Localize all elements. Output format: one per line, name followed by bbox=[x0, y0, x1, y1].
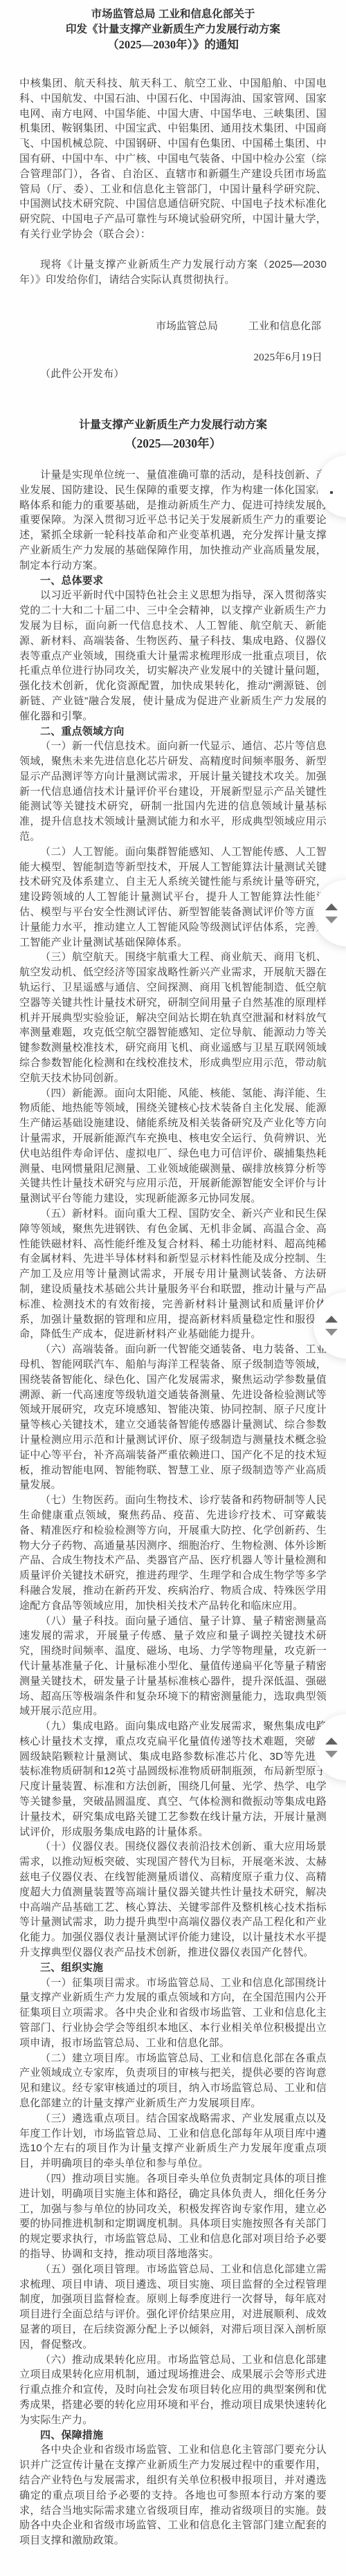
recipients-list: 中核集团、航天科技、航天科工、航空工业、中国船舶、中国电科、中国航发、中国石油、… bbox=[19, 76, 327, 242]
implementation-item-4: （四）推动项目实施。各项目牵头单位负责制定具体的项目推进计划，明确项目实施主体和… bbox=[19, 2171, 327, 2262]
plan-title-line2: （2025—2030年） bbox=[19, 434, 327, 452]
signature-row: 市场监管总局 工业和信息化部 bbox=[19, 319, 327, 334]
signer-samr: 市场监管总局 bbox=[156, 319, 218, 334]
field-item-7: （七）生物医药。面向生物技术、诊疗装备和药物研制等人民生命健康重点领域，聚焦药品… bbox=[19, 1493, 327, 1613]
up-arrow-icon[interactable] bbox=[325, 1316, 338, 1323]
forward-paragraph: 现将《计量支撑产业新质生产力发展行动方案（2025—2030年）》印发给你们，请… bbox=[19, 257, 327, 288]
issue-date: 2025年6月19日 bbox=[19, 351, 327, 366]
public-release-note: （此件公开发布） bbox=[19, 367, 327, 382]
section-1-paragraph: 以习近平新时代中国特色社会主义思想为指导，深入贯彻落实党的二十大和二十届二中、三… bbox=[19, 588, 327, 724]
signer-miit: 工业和信息化部 bbox=[248, 319, 321, 334]
implementation-item-5: （五）强化项目管理。市场监管总局、工业和信息化部建立需求梳理、项目申请、项目遴选… bbox=[19, 2262, 327, 2353]
field-item-5: （五）新材料。面向重大工程、国防安全、新兴产业和民生保障等领域，聚焦先进钢铁、有… bbox=[19, 1206, 327, 1342]
field-item-6: （六）高端装备。面向新一代智能交通装备、电力装备、工业母机、智能网联汽车、船舶与… bbox=[19, 1342, 327, 1493]
down-arrow-icon[interactable] bbox=[325, 1751, 338, 1758]
implementation-item-1: （一）征集项目需求。市场监管总局、工业和信息化部围绕计量支撑产业新质生产力发展的… bbox=[19, 1976, 327, 2051]
section-heading-1: 一、总体要求 bbox=[19, 573, 327, 589]
notice-title-line3: （2025—2030年）》的通知 bbox=[19, 37, 327, 53]
field-item-3: （三）航空航天。围绕宇航重大工程、商业航天、商用飞机、航空发动机、低空经济等国家… bbox=[19, 950, 327, 1085]
field-item-10: （十）仪器仪表。围绕仪器仪表前沿技术创新、重大应用场景需求，以推动短板突破、实现… bbox=[19, 1839, 327, 1960]
field-item-9: （九）集成电路。面向集成电路产业发展需求，聚焦集成电路核心计量技术支撑，重点攻克… bbox=[19, 1719, 327, 1839]
plan-intro: 计量是实现单位统一、量值准确可靠的活动，是科技创新、产业发展、国防建设、民生保障… bbox=[19, 468, 327, 573]
down-arrow-icon[interactable] bbox=[325, 917, 338, 923]
down-arrow-icon[interactable] bbox=[325, 1329, 338, 1336]
notice-title-line1: 市场监管总局 工业和信息化部关于 bbox=[19, 7, 327, 22]
section-heading-4: 四、保障措施 bbox=[19, 2428, 327, 2443]
notice-title: 市场监管总局 工业和信息化部关于 印发《计量支撑产业新质生产力发展行动方案 （2… bbox=[19, 7, 327, 53]
section-heading-3: 三、组织实施 bbox=[19, 1960, 327, 1976]
cursor-dot bbox=[330, 491, 333, 494]
implementation-item-2: （二）建立项目库。市场监管总局、工业和信息化部在各重点产业领域成立专家库，负责项… bbox=[19, 2051, 327, 2111]
implementation-item-6: （六）推动成果转化应用。市场监管总局、工业和信息化部建立项目成果转化应用机制，通… bbox=[19, 2353, 327, 2428]
safeguard-paragraph: 各中央企业和省级市场监管、工业和信息化主管部门要充分认识并广泛宣传计量在支撑产业… bbox=[19, 2442, 327, 2548]
implementation-item-3: （三）遴选重点项目。结合国家战略需求、产业发展重点以及年度工作计划，市场监管总局… bbox=[19, 2111, 327, 2171]
field-item-2: （二）人工智能。面向集群智能感知、人工智能传感、人工智能大模型、智能制造等新型技… bbox=[19, 845, 327, 950]
section-heading-2: 二、重点领域方向 bbox=[19, 724, 327, 739]
up-arrow-icon[interactable] bbox=[325, 1738, 338, 1745]
field-item-1: （一）新一代信息技术。面向新一代显示、通信、芯片等信息领域，聚焦未来先进信息化芯… bbox=[19, 739, 327, 845]
notice-title-line2: 印发《计量支撑产业新质生产力发展行动方案 bbox=[19, 22, 327, 37]
field-item-4: （四）新能源。面向太阳能、风能、核能、氢能、海洋能、生物质能、地热能等领域，围绕… bbox=[19, 1086, 327, 1206]
plan-title: 计量支撑产业新质生产力发展行动方案 （2025—2030年） bbox=[19, 416, 327, 452]
plan-title-line1: 计量支撑产业新质生产力发展行动方案 bbox=[19, 416, 327, 434]
field-item-8: （八）量子科技。面向量子通信、量子计算、量子精密测量高速发展的需求，开展量子传感… bbox=[19, 1614, 327, 1720]
up-arrow-icon[interactable] bbox=[325, 903, 338, 910]
document-page: 市场监管总局 工业和信息化部关于 印发《计量支撑产业新质生产力发展行动方案 （2… bbox=[0, 0, 346, 2576]
